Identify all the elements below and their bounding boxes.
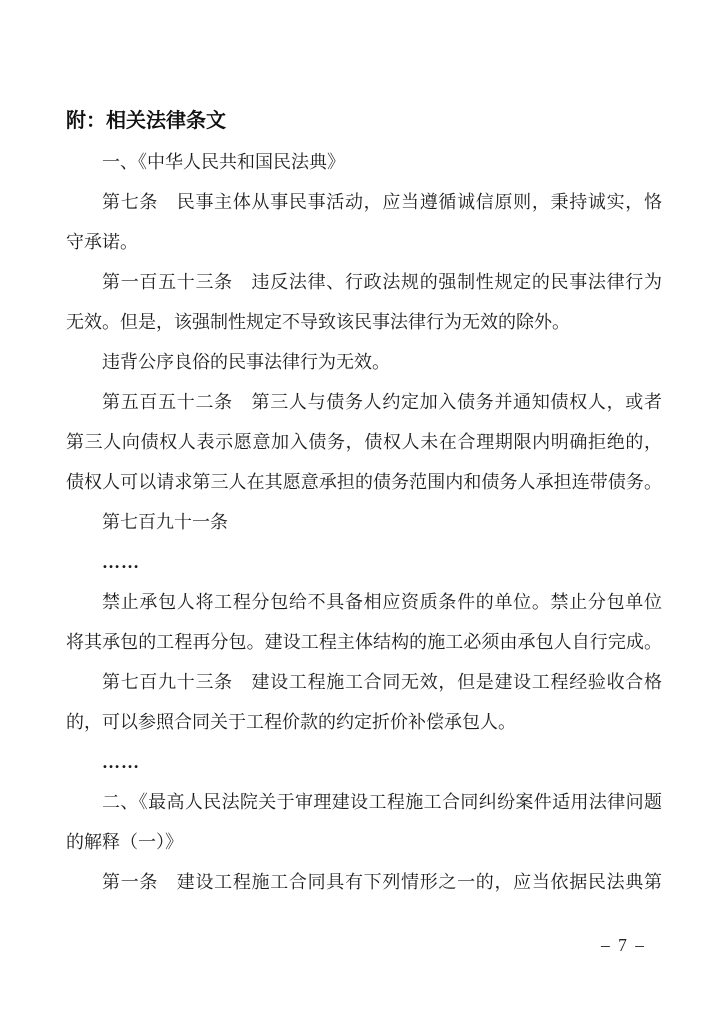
article-791-heading: 第七百九十一条 xyxy=(66,502,662,542)
article-793-line-1: 第七百九十三条 建设工程施工合同无效，但是建设工程经验收合格 xyxy=(66,662,662,702)
article-153-line-2: 无效。但是，该强制性规定不导致该民事法律行为无效的除外。 xyxy=(66,302,662,342)
article-791-line-2: 将其承包的工程再分包。建设工程主体结构的施工必须由承包人自行完成。 xyxy=(66,622,662,662)
article-7-line-1: 第七条 民事主体从事民事活动，应当遵循诚信原则，秉持诚实，恪 xyxy=(66,182,662,222)
article-552-line-1: 第五百五十二条 第三人与债务人约定加入债务并通知债权人，或者 xyxy=(66,382,662,422)
article-552-line-2: 第三人向债权人表示愿意加入债务，债权人未在合理期限内明确拒绝的， xyxy=(66,422,662,462)
article-153-line-3: 违背公序良俗的民事法律行为无效。 xyxy=(66,342,662,382)
document-body: 附：相关法律条文 一、《中华人民共和国民法典》 第七条 民事主体从事民事活动，应… xyxy=(66,100,662,902)
document-page: 附：相关法律条文 一、《中华人民共和国民法典》 第七条 民事主体从事民事活动，应… xyxy=(0,0,724,1024)
article-791-line-1: 禁止承包人将工程分包给不具备相应资质条件的单位。禁止分包单位 xyxy=(66,582,662,622)
ellipsis-line: …… xyxy=(66,742,662,782)
interpretation-article-1-line-1: 第一条 建设工程施工合同具有下列情形之一的，应当依据民法典第 xyxy=(66,862,662,902)
page-title: 附：相关法律条文 xyxy=(66,100,662,142)
judicial-interpretation-heading-line-2: 的解释（一）》 xyxy=(66,822,662,862)
law-heading-civil-code: 一、《中华人民共和国民法典》 xyxy=(66,142,662,182)
article-7-line-2: 守承诺。 xyxy=(66,222,662,262)
page-number: – 7 – xyxy=(601,932,646,958)
article-552-line-3: 债权人可以请求第三人在其愿意承担的债务范围内和债务人承担连带债务。 xyxy=(66,462,662,502)
judicial-interpretation-heading-line-1: 二、《最高人民法院关于审理建设工程施工合同纠纷案件适用法律问题 xyxy=(66,782,662,822)
article-793-line-2: 的，可以参照合同关于工程价款的约定折价补偿承包人。 xyxy=(66,702,662,742)
ellipsis-line: …… xyxy=(66,542,662,582)
article-153-line-1: 第一百五十三条 违反法律、行政法规的强制性规定的民事法律行为 xyxy=(66,262,662,302)
